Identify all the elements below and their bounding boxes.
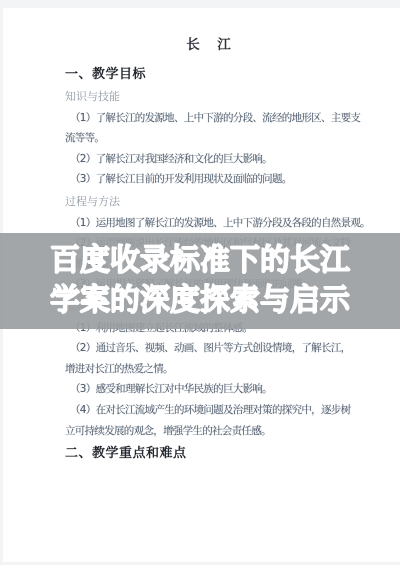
screenshot-viewport: 长 江 一、教学目标 知识与技能 （1）了解长江的发源地、上中下游的分段、流经的… (0, 0, 400, 565)
subsection-label-knowledge: 知识与技能 (65, 87, 354, 108)
doc-line: （4）在对长江流域产生的环境问题及治理对策的探究中，逐步树 (65, 400, 354, 421)
document-title: 长 江 (65, 36, 354, 54)
doc-line: 增进对长江的热爱之情。 (65, 359, 354, 380)
doc-line: （2）了解长江对我国经济和文化的巨大影响。 (65, 149, 354, 170)
doc-line: （3）了解长江目前的开发利用现状及面临的问题。 (65, 169, 354, 190)
watermark-line-2: 学案的深度探索与启示 (50, 281, 350, 321)
doc-line: 流等等。 (65, 128, 354, 149)
section-heading-key-points: 二、教学重点和难点 (65, 443, 354, 464)
subsection-label-process: 过程与方法 (65, 192, 354, 213)
section-heading-objectives: 一、教学目标 (65, 64, 354, 85)
doc-line: （3）感受和理解长江对中华民族的巨大影响。 (65, 379, 354, 400)
doc-line: （1）了解长江的发源地、上中下游的分段、流经的地形区、主要支 (65, 108, 354, 129)
watermark-line-1: 百度收录标准下的长江 (50, 241, 350, 281)
watermark-overlay-banner: 百度收录标准下的长江 学案的深度探索与启示 (0, 233, 400, 329)
doc-line: 立可持续发展的观念，增强学生的社会责任感。 (65, 421, 354, 442)
doc-line: （1）运用地图了解长江的发源地、上中下游分段及各段的自然景观。 (65, 213, 354, 234)
doc-line: （2）通过音乐、视频、动画、图片等方式创设情境，了解长江， (65, 338, 354, 359)
